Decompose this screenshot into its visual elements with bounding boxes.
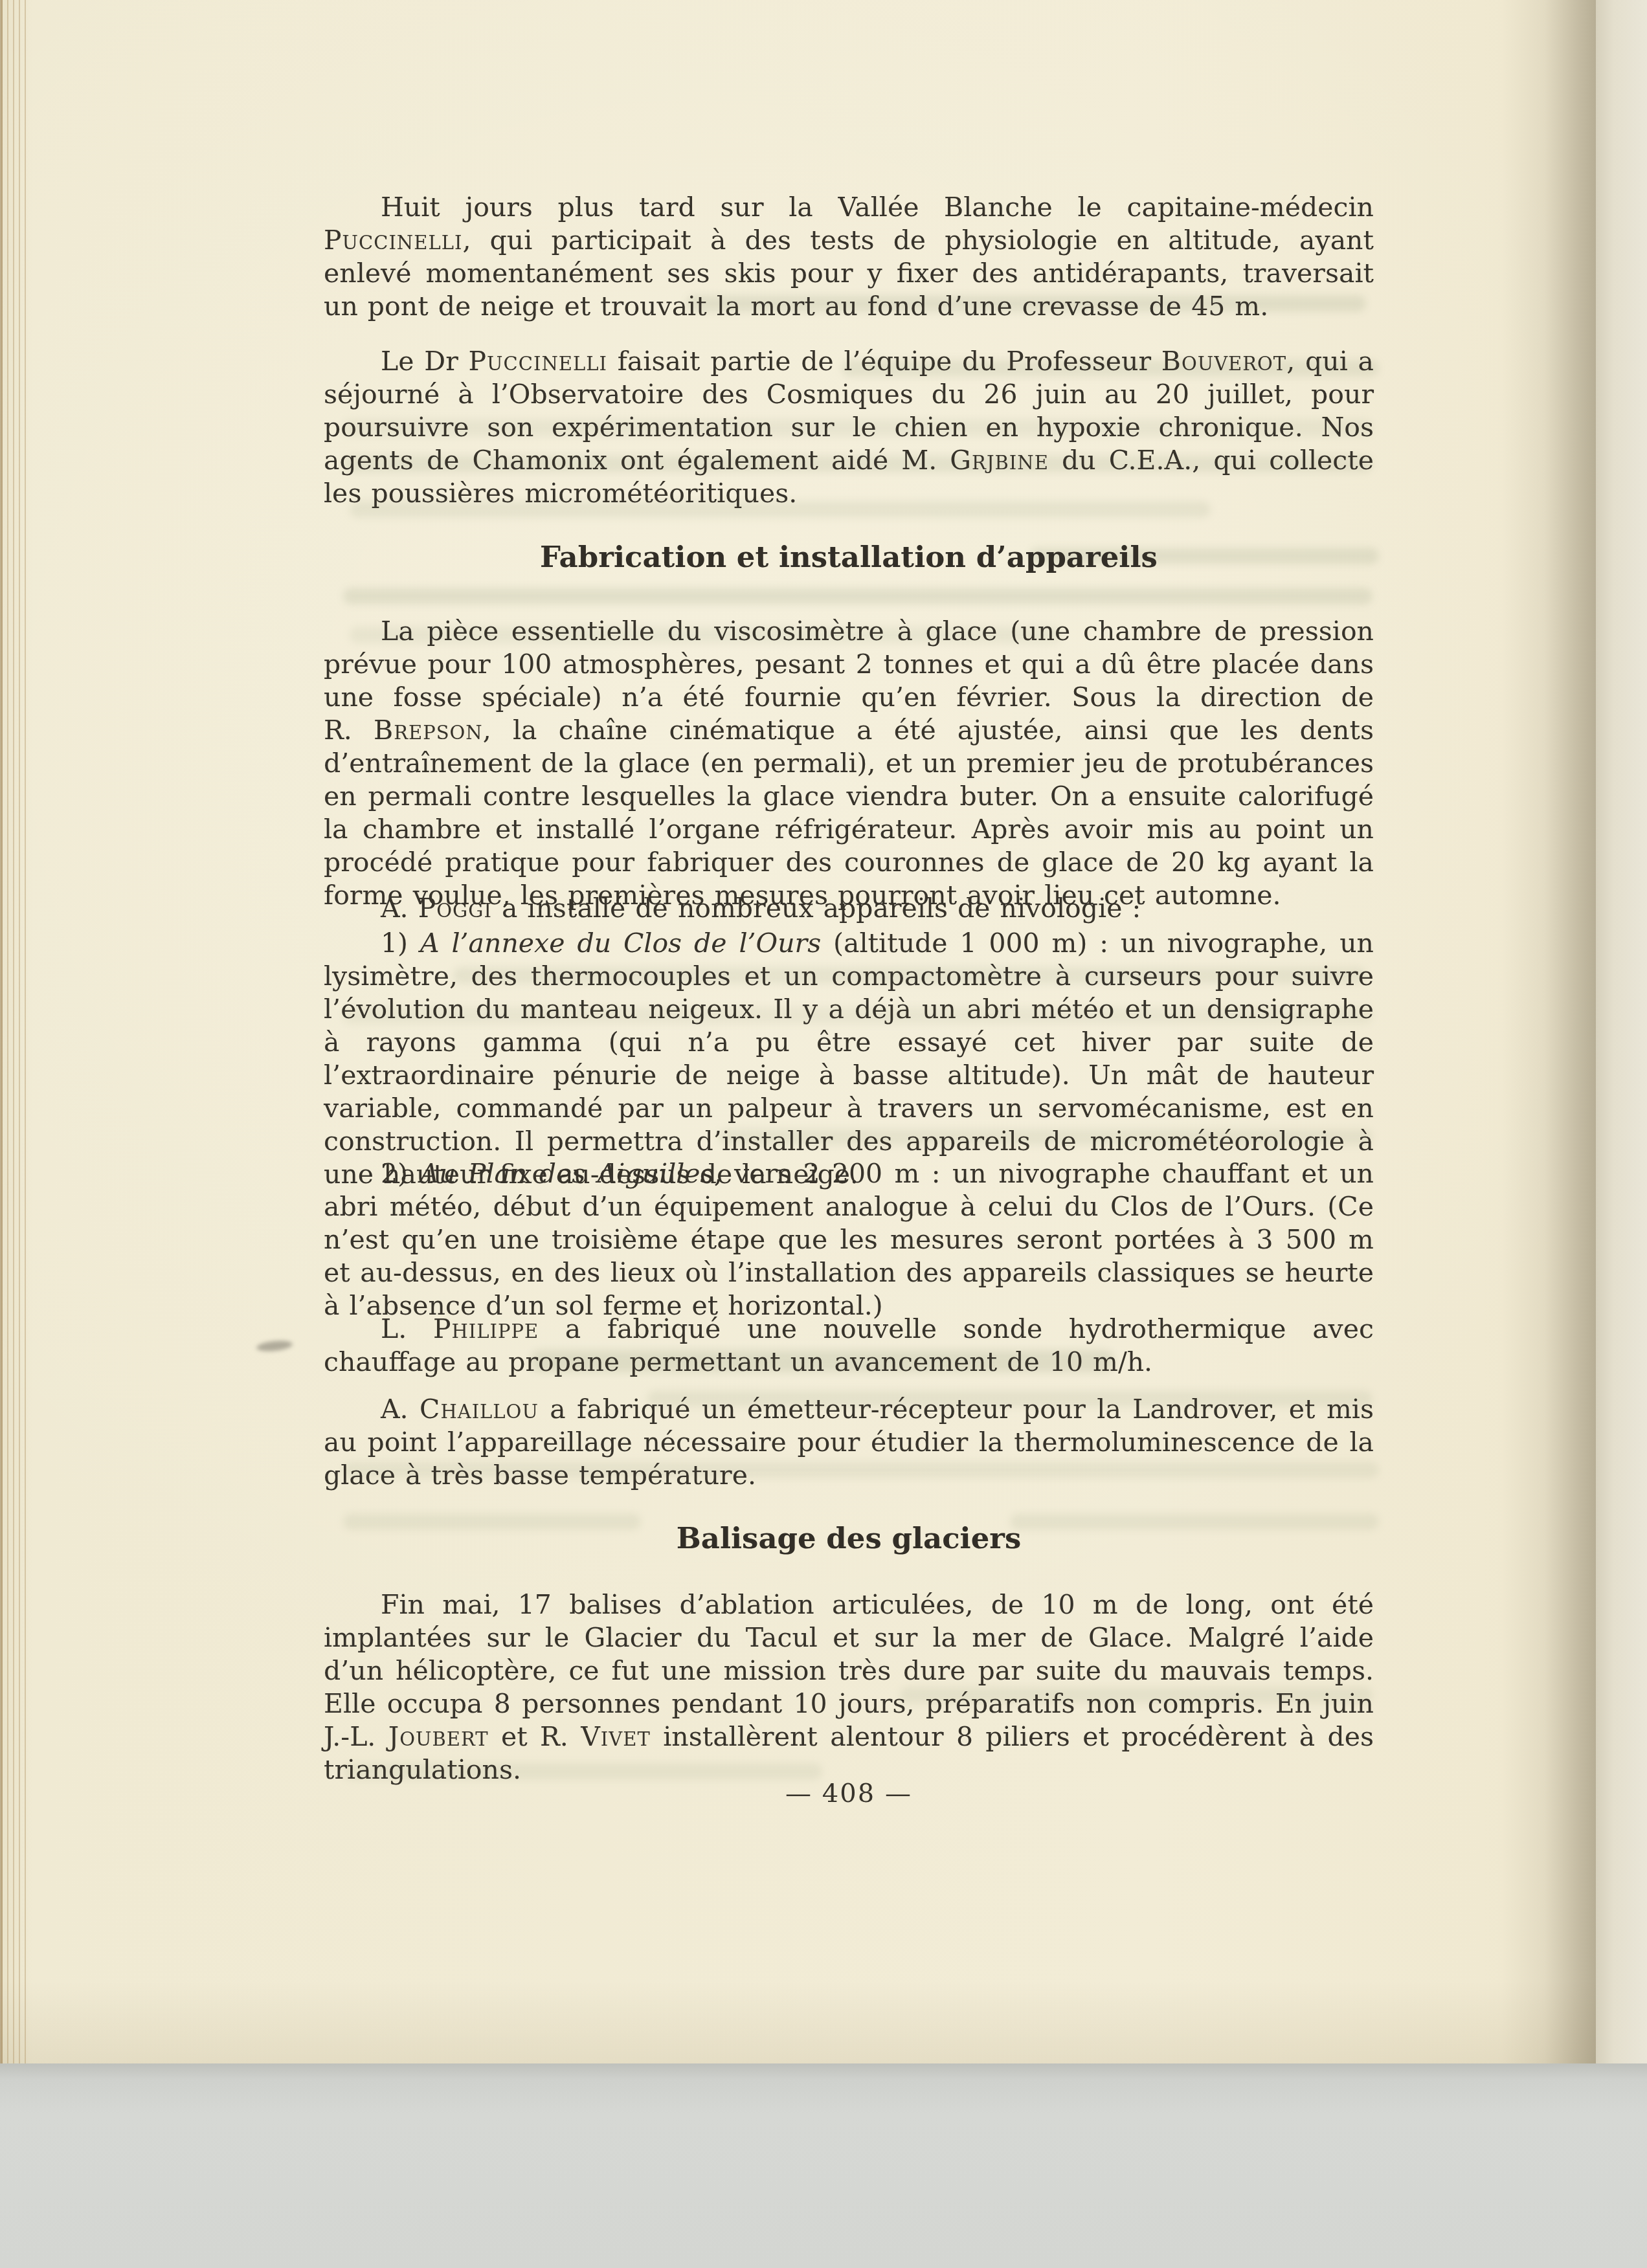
text-run: faisait partie de l’équipe du Professeur	[607, 346, 1161, 377]
text-run: a installé de nombreux appareils de nivo…	[492, 893, 1141, 924]
paragraph-chaillou-emetteur: A. Chaillou a fabriqué un émetteur-récep…	[324, 1393, 1374, 1492]
place-name: Au Plan des Aiguilles	[420, 1158, 713, 1189]
section-heading-fabrication: Fabrication et installation d’appareils	[324, 540, 1374, 574]
paragraph-equipe-bouverot: Le Dr Puccinelli faisait partie de l’équ…	[324, 345, 1374, 510]
desk-surface	[0, 2063, 1647, 2268]
page-number: — 408 —	[324, 1779, 1374, 1808]
paragraph-viscosimetre: La pièce essentielle du viscosimètre à g…	[324, 615, 1374, 912]
person-name: Puccinelli	[324, 225, 462, 256]
person-name: Brepson	[374, 715, 483, 746]
facing-page-strip	[1596, 0, 1647, 2079]
text-run: et R.	[489, 1721, 581, 1752]
person-name: Joubert	[388, 1721, 489, 1752]
list-item-clos-de-l-ours: 1) A l’annexe du Clos de l’Ours (altitud…	[324, 927, 1374, 1191]
text-run: 1)	[381, 928, 420, 959]
person-name: Vivet	[581, 1721, 651, 1752]
gutter-shadow	[1502, 0, 1596, 2063]
person-name: Bouverot	[1161, 346, 1286, 377]
text-run: Huit jours plus tard sur la Vallée Blanc…	[381, 192, 1374, 223]
place-name: A l’annexe du Clos de l’Ours	[420, 928, 821, 959]
text-run: 2)	[381, 1158, 420, 1189]
page-stack-edges	[1, 0, 27, 2063]
text-run: Le Dr	[381, 346, 469, 377]
text-run: , qui participait à des tests de physiol…	[324, 225, 1374, 322]
person-name: Philippe	[433, 1313, 539, 1344]
paragraph-balises-ablation: Fin mai, 17 balises d’ablation articulée…	[324, 1588, 1374, 1786]
list-item-plan-des-aiguilles: 2) Au Plan des Aiguilles, vers 2 200 m :…	[324, 1157, 1374, 1322]
person-name: Chaillou	[420, 1394, 539, 1425]
scanned-book-page: Huit jours plus tard sur la Vallée Blanc…	[0, 0, 1647, 2268]
person-name: Grjbine	[950, 445, 1049, 476]
paragraph-philippe-sonde: L. Philippe a fabriqué une nouvelle sond…	[324, 1313, 1374, 1379]
text-run: A.	[381, 1394, 420, 1425]
text-run: L.	[381, 1313, 433, 1344]
section-heading-balisage: Balisage des glaciers	[324, 1521, 1374, 1555]
person-name: Puccinelli	[469, 346, 607, 377]
showthrough-smudge	[343, 588, 1372, 605]
text-run: (altitude 1 000 m) : un nivographe, un l…	[324, 928, 1374, 1190]
text-run: A.	[381, 893, 418, 924]
person-name: Poggi	[418, 893, 492, 924]
paragraph-accident-puccinelli: Huit jours plus tard sur la Vallée Blanc…	[324, 191, 1374, 323]
paragraph-poggi-nivologie: A. Poggi a installé de nombreux appareil…	[324, 892, 1374, 925]
